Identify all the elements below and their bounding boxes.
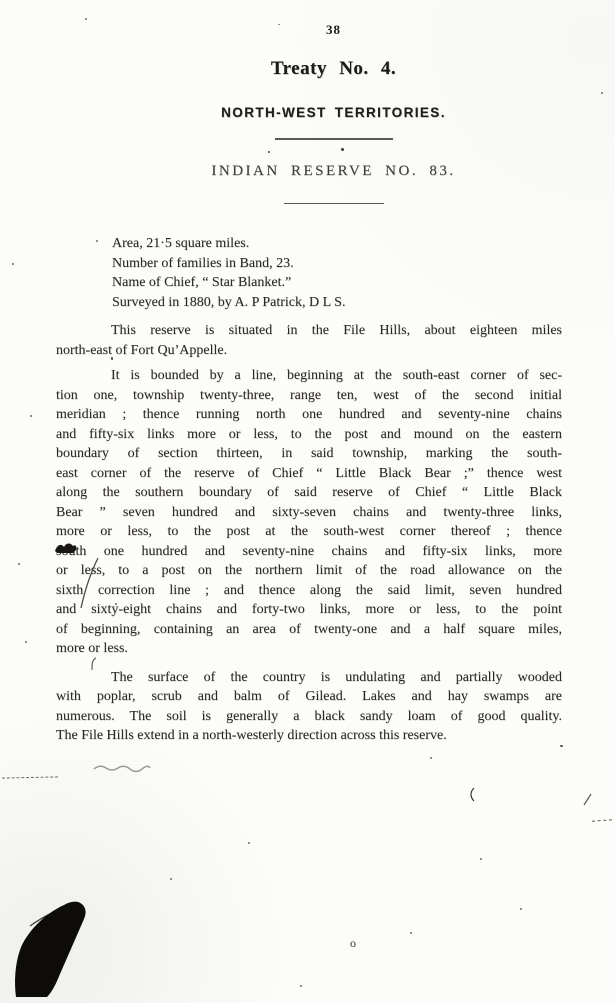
speck xyxy=(170,878,172,880)
speck xyxy=(115,603,117,605)
speck xyxy=(601,92,603,94)
dash-mark xyxy=(592,819,612,821)
stray-letter-mark: o xyxy=(350,936,356,951)
speck xyxy=(480,858,482,860)
paragraph-boundary-description: It is bounded by a line, beginning at th… xyxy=(56,366,562,659)
territory-heading: NORTH-WEST TERRITORIES. xyxy=(26,105,615,120)
speck xyxy=(25,641,27,643)
speck xyxy=(96,240,98,242)
slash-mark xyxy=(582,792,592,806)
speck xyxy=(430,757,432,759)
document-body: Area, 21·5 square miles.Number of famili… xyxy=(56,234,562,746)
dashed-margin-line xyxy=(2,776,58,778)
paragraph-location: This reserve is situated in the File Hil… xyxy=(56,321,562,360)
speck xyxy=(85,18,87,20)
speck xyxy=(111,357,113,360)
treaty-title: Treaty No. 4. xyxy=(26,58,615,80)
speck xyxy=(30,415,32,417)
comma-mark xyxy=(468,786,476,802)
page-number: 38 xyxy=(26,22,615,38)
speck xyxy=(12,263,14,265)
divider-rule-top xyxy=(275,138,393,140)
speck xyxy=(18,563,20,565)
speck xyxy=(278,24,280,25)
reserve-details-list: Area, 21·5 square miles.Number of famili… xyxy=(112,234,562,312)
scanned-document-page: 38 Treaty No. 4. NORTH-WEST TERRITORIES.… xyxy=(0,0,615,1003)
speck xyxy=(520,908,522,910)
ink-blot xyxy=(12,900,124,1000)
speck xyxy=(560,745,563,747)
speck xyxy=(410,932,412,934)
speck xyxy=(268,151,270,153)
reserve-heading: INDIAN RESERVE NO. 83. xyxy=(26,163,615,180)
divider-rule-bottom xyxy=(284,203,384,204)
page-header: 38 Treaty No. 4. NORTH-WEST TERRITORIES.… xyxy=(26,0,615,204)
speck xyxy=(341,148,344,151)
paragraph-surface-description: The surface of the country is undulating… xyxy=(56,668,562,746)
smudge-mark xyxy=(92,761,154,773)
speck xyxy=(300,985,302,987)
speck xyxy=(248,842,250,844)
